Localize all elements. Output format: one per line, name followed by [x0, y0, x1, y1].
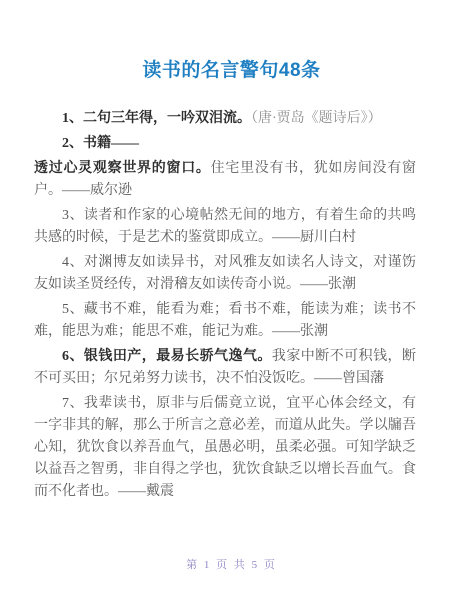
quote-1-text: 1、二句三年得，一吟双泪流。	[62, 111, 251, 126]
quote-paragraph-3: 3、读者和作家的心境帖然无间的地方，有着生命的共鸣共感的时候，于是艺术的鉴赏即成…	[34, 205, 416, 249]
quote-4-text: 4、对渊博友如读异书，对风雅友如读名人诗文，对谨饬友如读圣贤经传，对滑稽友如读传…	[34, 255, 416, 292]
quote-2-lead-text: 透过心灵观察世界的窗口。	[34, 161, 211, 176]
document-title: 读书的名言警句48条	[0, 0, 463, 82]
document-page: 读书的名言警句48条 1、二句三年得，一吟双泪流。（唐·贾岛《题诗后》） 2、书…	[0, 0, 463, 600]
quote-6-lead-text: 6、银钱田产，最易长骄气逸气。	[62, 349, 272, 364]
quote-paragraph-2-heading: 2、书籍——	[34, 133, 416, 155]
quote-1-source: （唐·贾岛《题诗后》）	[251, 111, 382, 126]
quote-3-text: 3、读者和作家的心境帖然无间的地方，有着生命的共鸣共感的时候，于是艺术的鉴赏即成…	[34, 208, 416, 245]
quote-paragraph-5: 5、藏书不难，能看为难；看书不难，能读为难；读书不难，能思为难；能思不难，能记为…	[34, 299, 416, 343]
quote-paragraph-4: 4、对渊博友如读异书，对风雅友如读名人诗文，对谨饬友如读圣贤经传，对滑稽友如读传…	[34, 252, 416, 296]
quote-paragraph-2-body: 透过心灵观察世界的窗口。住宅里没有书，犹如房间没有窗户。——威尔逊	[34, 158, 416, 202]
quote-7-text: 7、我辈读书，原非与后儒竟立说，宜平心体会经文，有一字非其的解，那么于所言之意必…	[34, 396, 416, 499]
page-number-footer: 第 1 页 共 5 页	[0, 556, 463, 572]
quote-2-heading-text: 2、书籍——	[62, 136, 139, 151]
quote-paragraph-6: 6、银钱田产，最易长骄气逸气。我家中断不可积钱，断不可买田；尔兄弟努力读书，决不…	[34, 346, 416, 390]
quote-paragraph-1: 1、二句三年得，一吟双泪流。（唐·贾岛《题诗后》）	[34, 108, 416, 130]
document-body: 1、二句三年得，一吟双泪流。（唐·贾岛《题诗后》） 2、书籍—— 透过心灵观察世…	[34, 108, 416, 506]
quote-5-text: 5、藏书不难，能看为难；看书不难，能读为难；读书不难，能思为难；能思不难，能记为…	[34, 302, 416, 339]
quote-paragraph-7: 7、我辈读书，原非与后儒竟立说，宜平心体会经文，有一字非其的解，那么于所言之意必…	[34, 393, 416, 503]
